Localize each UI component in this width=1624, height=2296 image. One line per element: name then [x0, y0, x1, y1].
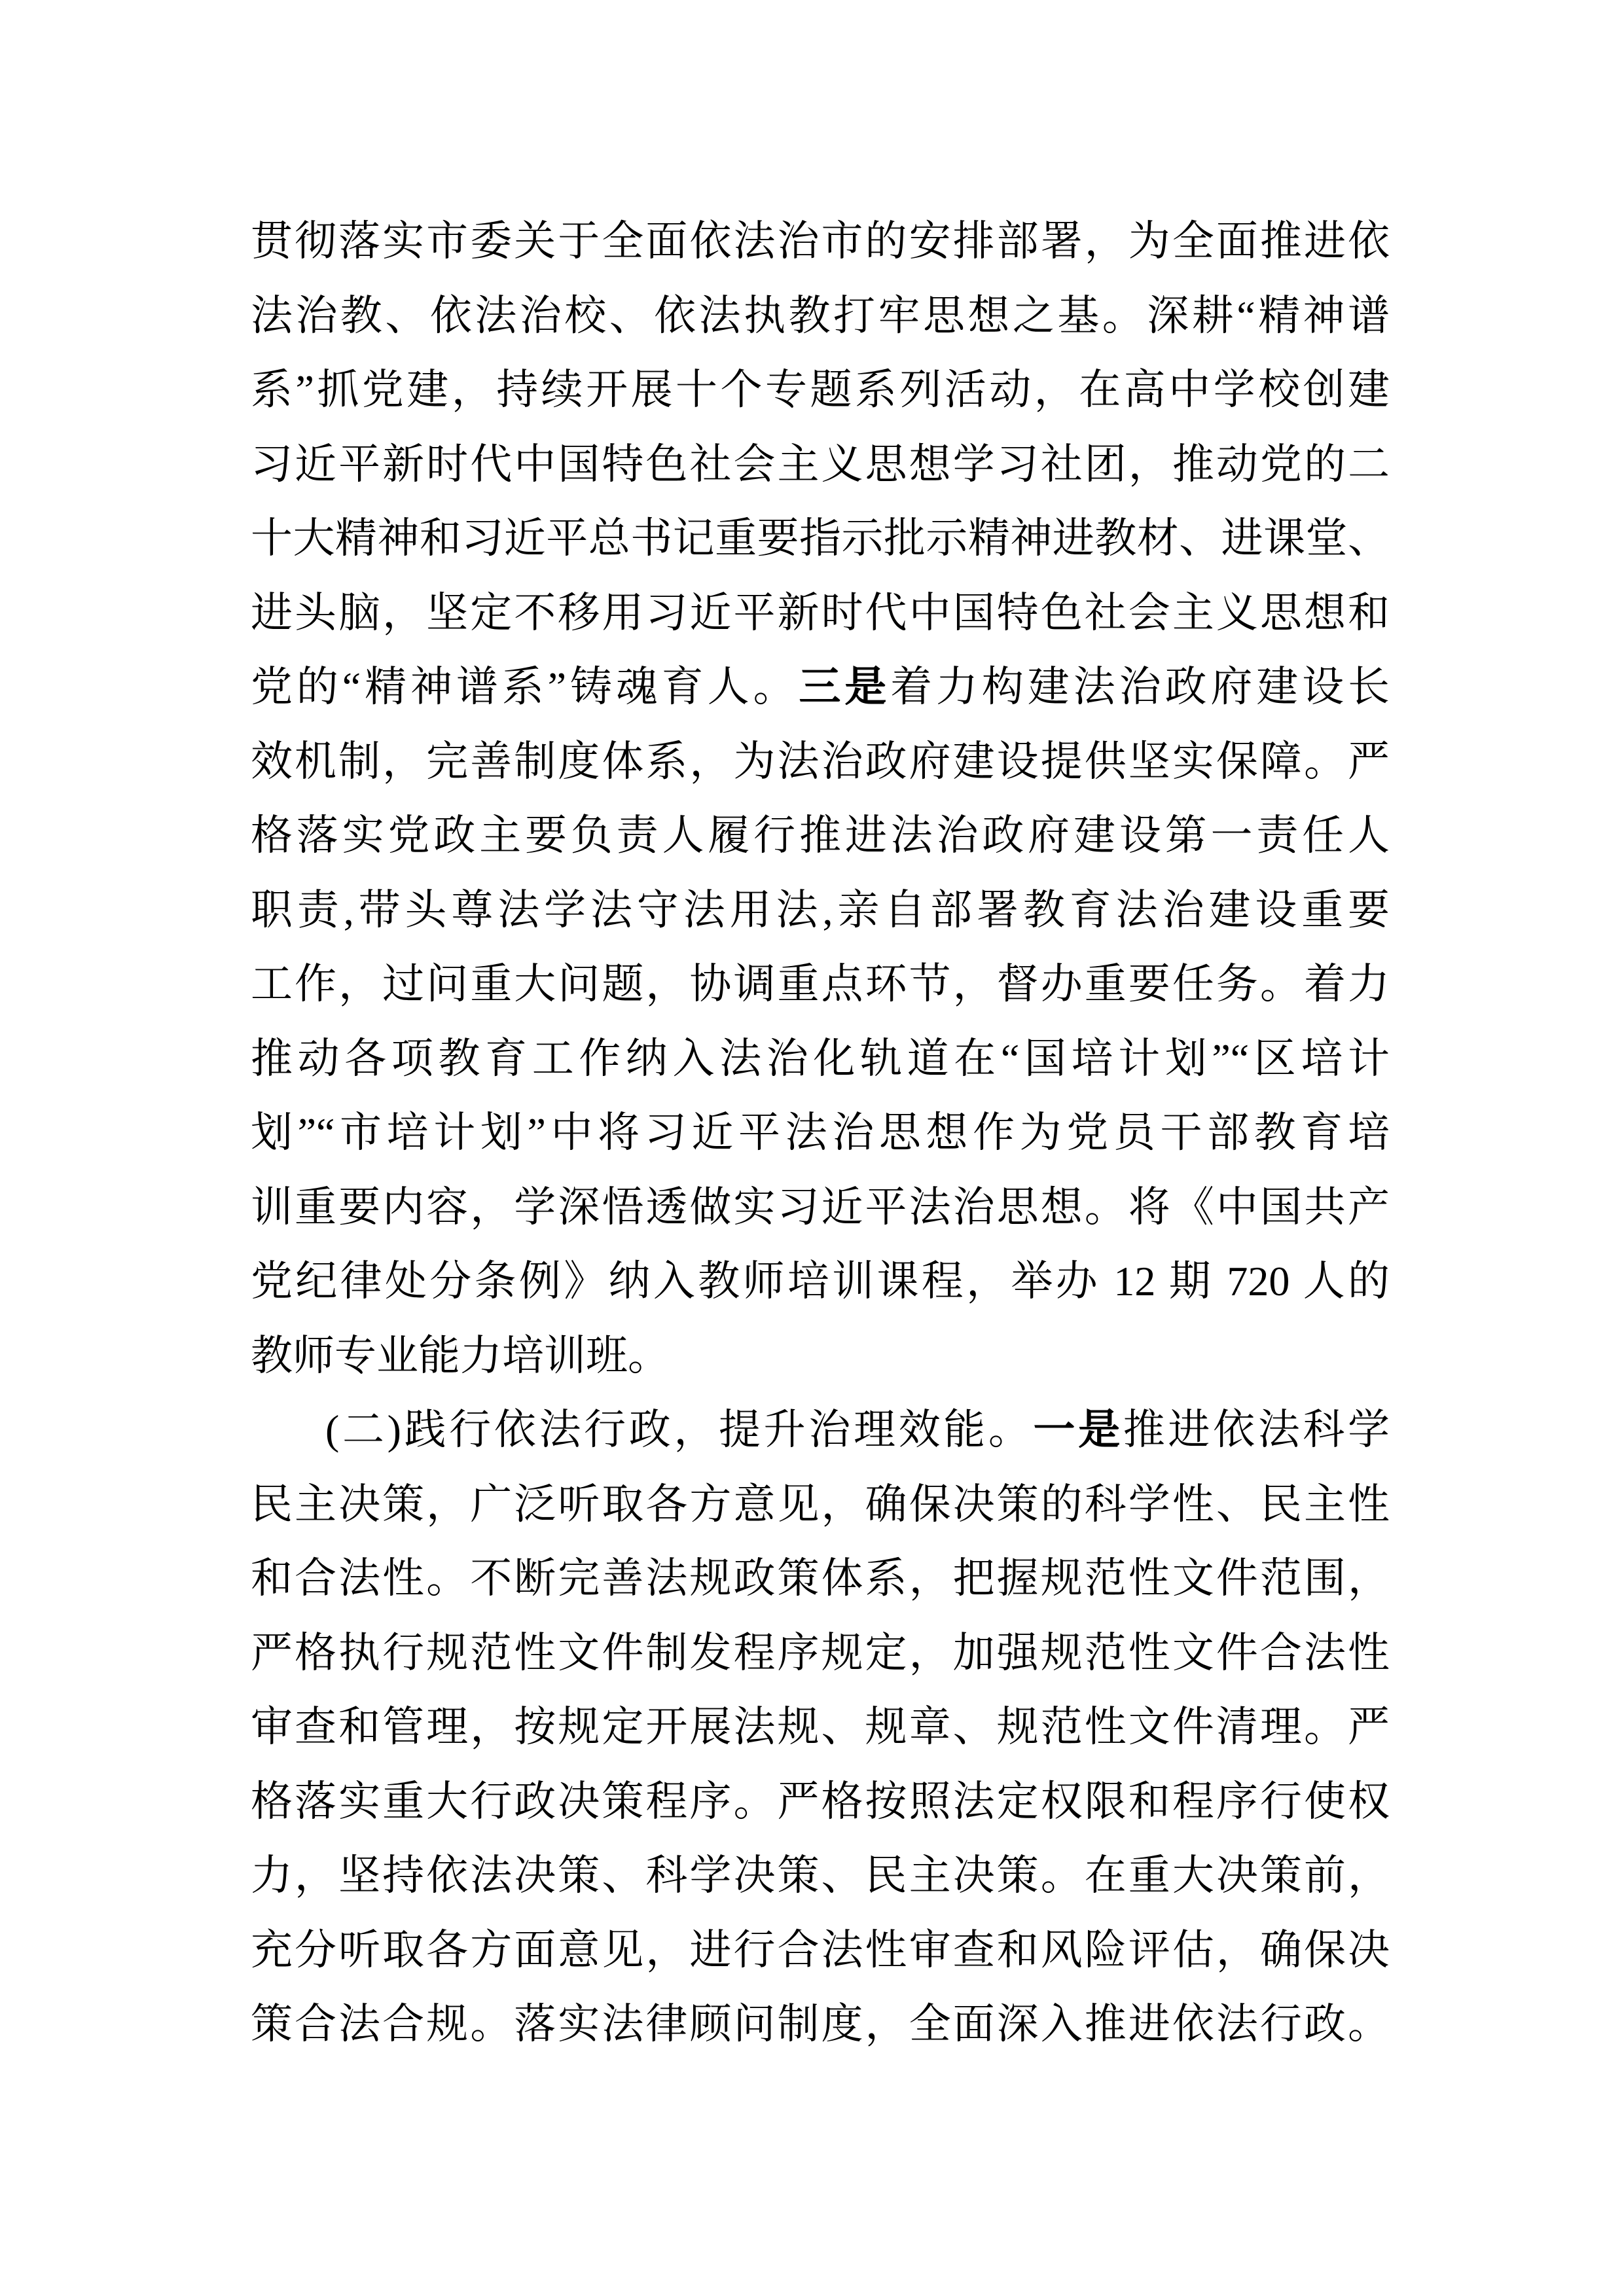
body-text: 民主决策，广泛听取各方意见，确保决策的科学性、民主性: [251, 1481, 1390, 1528]
body-text: 格落实重大行政决策程序。严格按照法定权限和程序行使权: [251, 1778, 1390, 1825]
text-line: 格落实重大行政决策程序。严格按照法定权限和程序行使权: [251, 1765, 1390, 1839]
text-line: 进头脑，坚定不移用习近平新时代中国特色社会主义思想和: [251, 576, 1390, 651]
bold-emphasis-text: 一是: [1034, 1407, 1123, 1453]
a4-document-page: 贯彻落实市委关于全面依法治市的安排部署，为全面推进依法治教、依法治校、依法执教打…: [0, 0, 1624, 2296]
section-heading-text: (二)践行依法行政，提升治理效能。: [325, 1407, 1034, 1453]
text-line: 充分听取各方面意见，进行合法性审查和风险评估，确保决: [251, 1913, 1390, 1988]
body-text: 系”抓党建，持续开展十个专题系列活动，在高中学校创建: [251, 367, 1390, 413]
body-text: 划”“市培计划”中将习近平法治思想作为党员干部教育培: [251, 1109, 1390, 1156]
document-body: 贯彻落实市委关于全面依法治市的安排部署，为全面推进依法治教、依法治校、依法执教打…: [251, 204, 1390, 2062]
body-text: 着力构建法治政府建设长: [890, 664, 1390, 710]
body-text: 法治教、依法治校、依法执教打牢思想之基。深耕“精神谱: [251, 293, 1390, 339]
text-line: 党纪律处分条例》纳入教师培训课程，举办 12 期 720 人的: [251, 1244, 1390, 1319]
text-line: 法治教、依法治校、依法执教打牢思想之基。深耕“精神谱: [251, 279, 1390, 353]
text-line: 职责,带头尊法学法守法用法,亲自部署教育法治建设重要: [251, 873, 1390, 948]
bold-emphasis-text: 三是: [799, 664, 890, 710]
body-text: 贯彻落实市委关于全面依法治市的安排部署，为全面推进依: [251, 218, 1390, 264]
body-text: 教师专业能力培训班。: [251, 1333, 670, 1379]
text-line: 严格执行规范性文件制发程序规定，加强规范性文件合法性: [251, 1616, 1390, 1691]
text-line: 系”抓党建，持续开展十个专题系列活动，在高中学校创建: [251, 353, 1390, 427]
body-text: 充分听取各方面意见，进行合法性审查和风险评估，确保决: [251, 1927, 1390, 1973]
text-line: 审查和管理，按规定开展法规、规章、规范性文件清理。严: [251, 1690, 1390, 1765]
body-text: 力，坚持依法决策、科学决策、民主决策。在重大决策前，: [251, 1852, 1390, 1899]
text-line: 训重要内容，学深悟透做实习近平法治思想。将《中国共产: [251, 1170, 1390, 1245]
body-text: 十大精神和习近平总书记重要指示批示精神进教材、进课堂、: [251, 515, 1390, 562]
body-text: 训重要内容，学深悟透做实习近平法治思想。将《中国共产: [251, 1184, 1390, 1230]
body-text: 职责,带头尊法学法守法用法,亲自部署教育法治建设重要: [251, 887, 1390, 933]
body-text: 进头脑，坚定不移用习近平新时代中国特色社会主义思想和: [251, 590, 1390, 636]
text-line: 习近平新时代中国特色社会主义思想学习社团，推动党的二: [251, 427, 1390, 502]
body-text: 策合法合规。落实法律顾问制度，全面深入推进依法行政。: [251, 2001, 1390, 2047]
body-text: 格落实党政主要负责人履行推进法治政府建设第一责任人: [251, 812, 1390, 859]
text-line: 效机制，完善制度体系，为法治政府建设提供坚实保障。严: [251, 725, 1390, 799]
body-text: 审查和管理，按规定开展法规、规章、规范性文件清理。严: [251, 1704, 1390, 1750]
text-line: 划”“市培计划”中将习近平法治思想作为党员干部教育培: [251, 1096, 1390, 1170]
body-text: 工作，过问重大问题，协调重点环节，督办重要任务。着力: [251, 961, 1390, 1007]
text-line: 贯彻落实市委关于全面依法治市的安排部署，为全面推进依: [251, 204, 1390, 279]
body-text: 推动各项教育工作纳入法治化轨道在“国培计划”“区培计: [251, 1035, 1390, 1082]
text-line: 推动各项教育工作纳入法治化轨道在“国培计划”“区培计: [251, 1022, 1390, 1096]
body-text: 效机制，完善制度体系，为法治政府建设提供坚实保障。严: [251, 738, 1390, 785]
body-text: 习近平新时代中国特色社会主义思想学习社团，推动党的二: [251, 441, 1390, 488]
body-text: 党的“精神谱系”铸魂育人。: [251, 664, 799, 710]
text-line: 民主决策，广泛听取各方意见，确保决策的科学性、民主性: [251, 1467, 1390, 1542]
text-line: 力，坚持依法决策、科学决策、民主决策。在重大决策前，: [251, 1839, 1390, 1913]
text-line: 教师专业能力培训班。: [251, 1319, 1390, 1393]
text-line: (二)践行依法行政，提升治理效能。一是推进依法科学: [251, 1393, 1390, 1467]
body-text: 严格执行规范性文件制发程序规定，加强规范性文件合法性: [251, 1630, 1390, 1676]
body-text: 党纪律处分条例》纳入教师培训课程，举办 12 期 720 人的: [251, 1258, 1390, 1304]
text-line: 和合法性。不断完善法规政策体系，把握规范性文件范围，: [251, 1541, 1390, 1616]
body-text: 推进依法科学: [1123, 1407, 1390, 1453]
text-line: 格落实党政主要负责人履行推进法治政府建设第一责任人: [251, 798, 1390, 873]
text-line: 党的“精神谱系”铸魂育人。三是着力构建法治政府建设长: [251, 650, 1390, 725]
text-line: 十大精神和习近平总书记重要指示批示精神进教材、进课堂、: [251, 501, 1390, 576]
body-text: 和合法性。不断完善法规政策体系，把握规范性文件范围，: [251, 1555, 1390, 1602]
text-line: 工作，过问重大问题，协调重点环节，督办重要任务。着力: [251, 947, 1390, 1022]
text-line: 策合法合规。落实法律顾问制度，全面深入推进依法行政。: [251, 1987, 1390, 2062]
